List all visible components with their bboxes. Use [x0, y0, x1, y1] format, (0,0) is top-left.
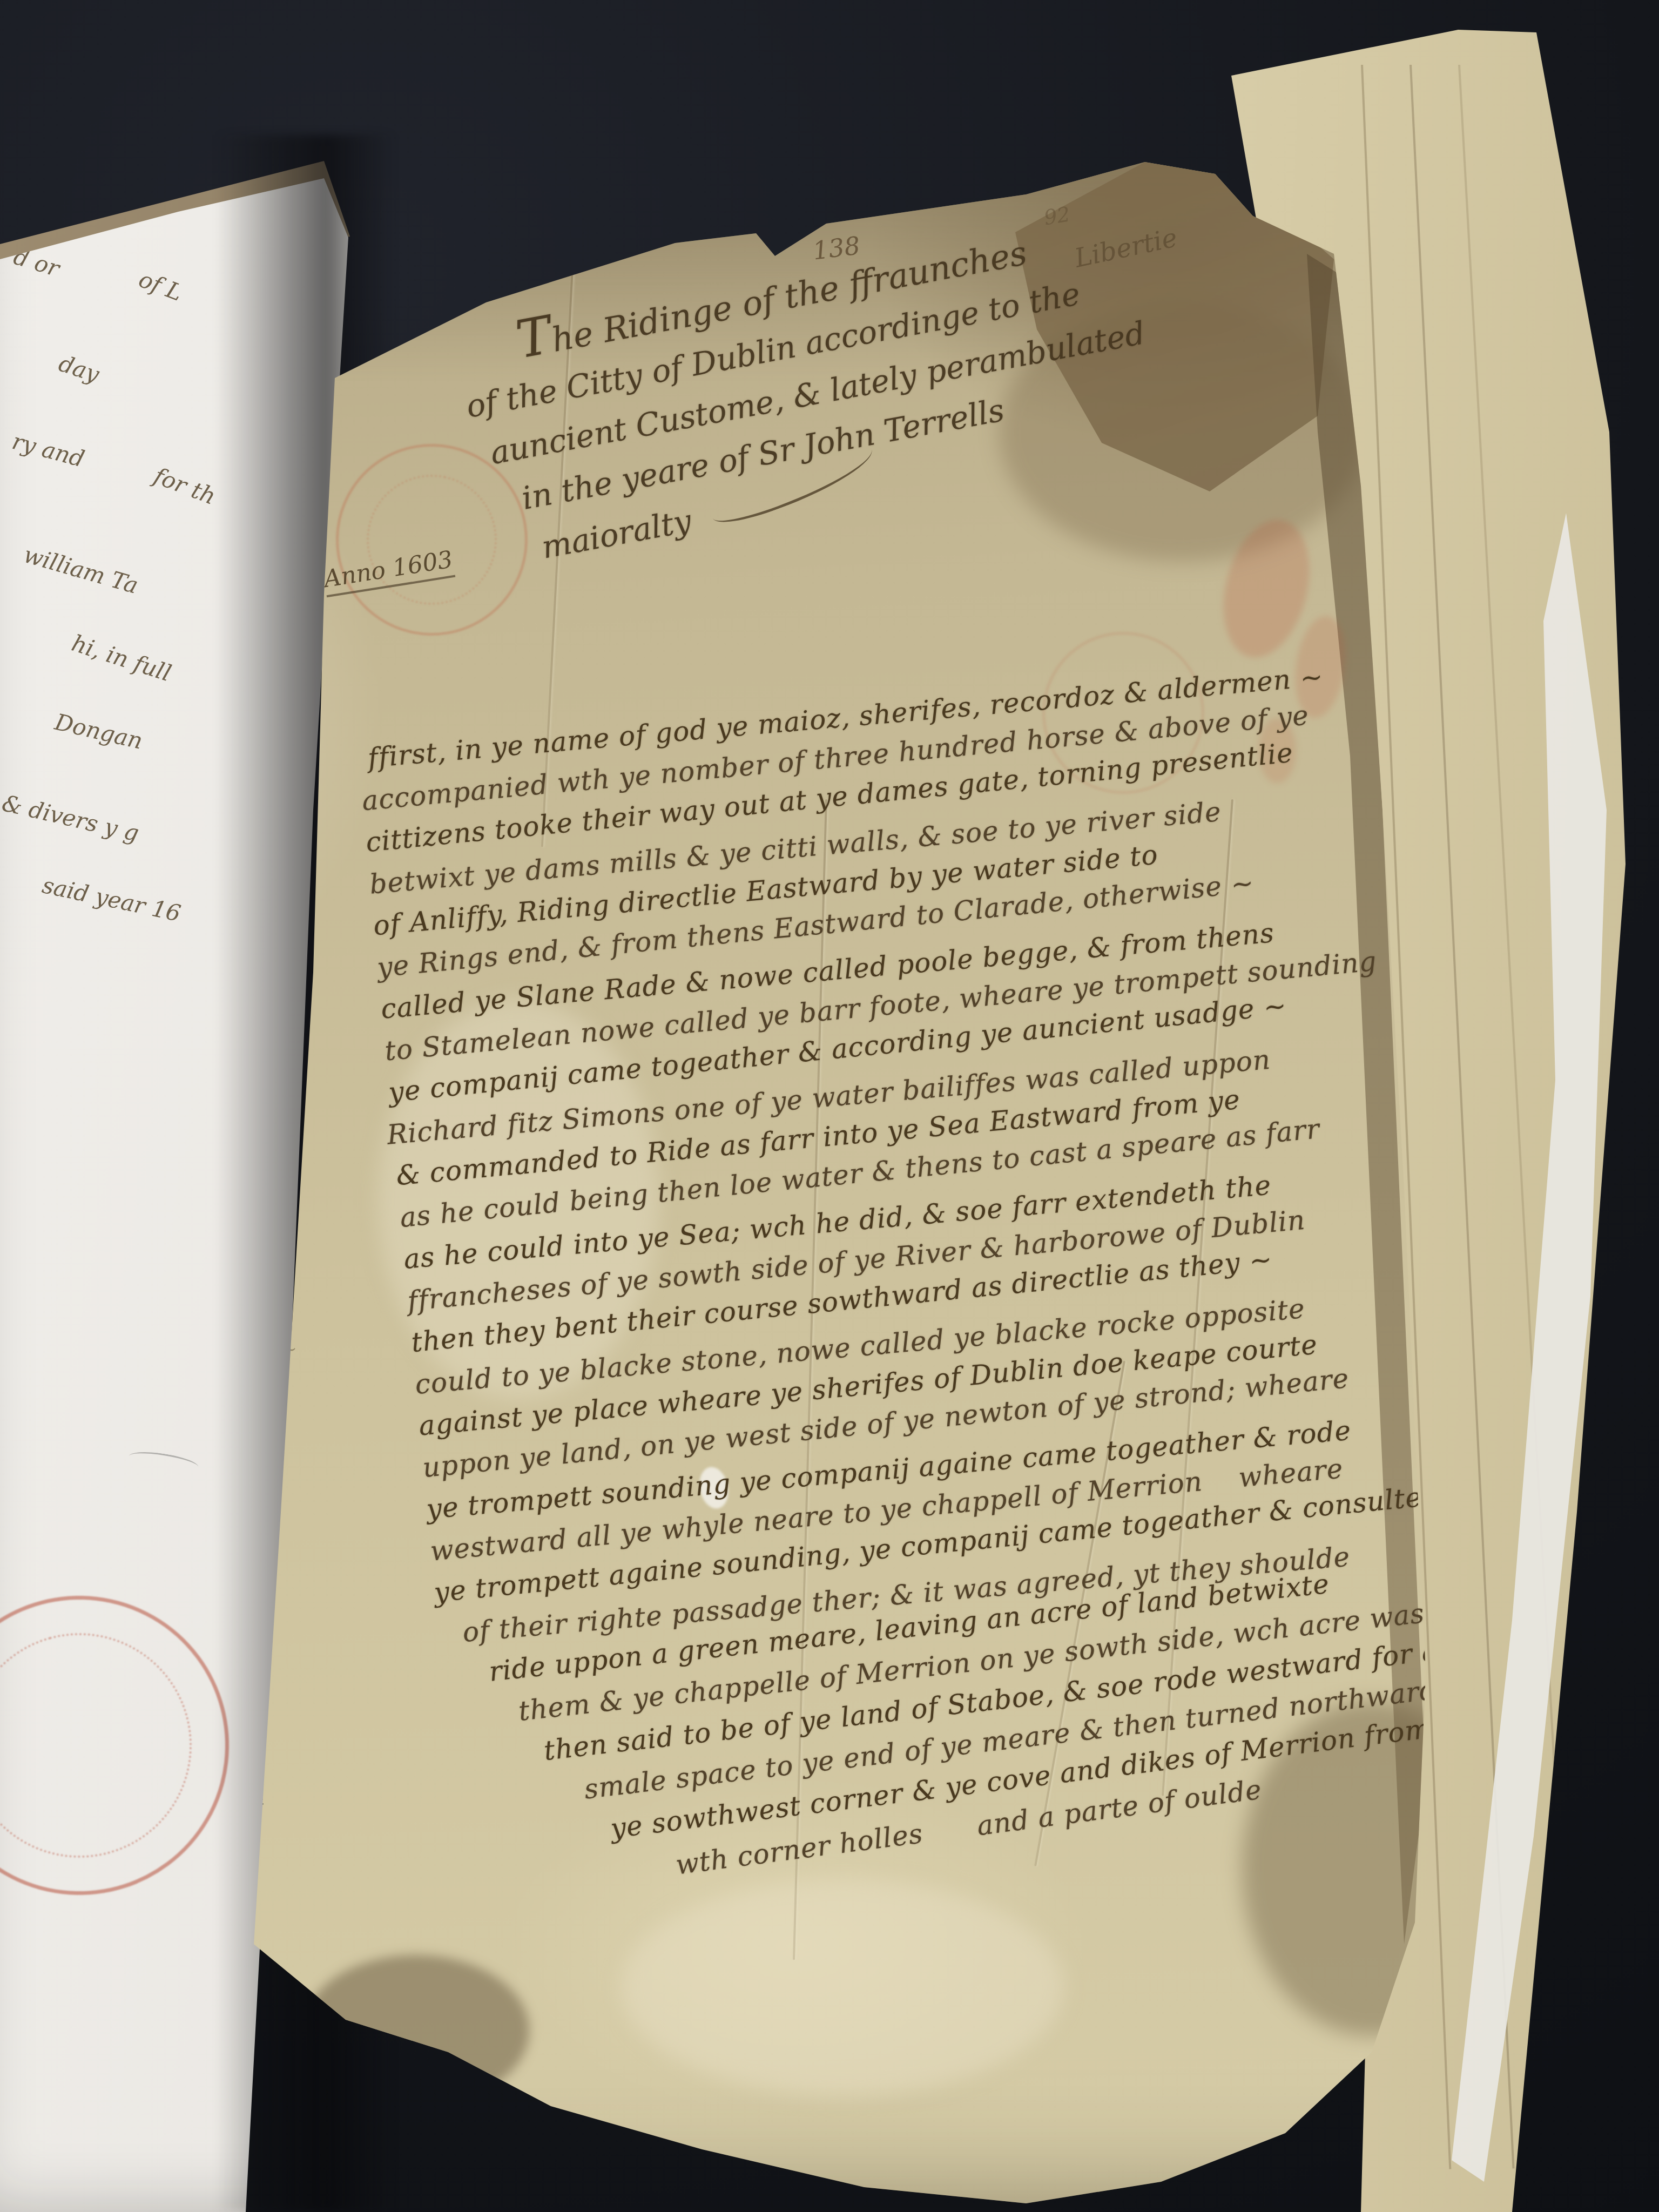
parchment-stain — [621, 1879, 1064, 2095]
manuscript-photo-scene: d orof Ldayry andfor thwilliam Tahi, in … — [0, 0, 1659, 2212]
left-page-text-fragment: of L — [135, 266, 186, 306]
left-page-text-fragment: said year 16 — [40, 872, 183, 927]
red-library-stamp-inner-ring — [0, 1608, 217, 1883]
left-page-text-fragment: hi, in full — [69, 630, 174, 686]
pencil-mark — [128, 1448, 200, 1475]
left-page-text-fragment: day — [56, 350, 103, 388]
left-page-text-fragment: & divers y g — [0, 790, 141, 847]
manuscript-body-text: ffirst, in ye name of god ye maioz, sher… — [356, 643, 1517, 1906]
red-library-stamp-inner-ring — [355, 463, 509, 617]
left-page-text-fragment: ry and — [9, 428, 87, 473]
left-page-text-fragment: Dongan — [52, 709, 145, 754]
left-page-text-fragment: for th — [150, 462, 219, 510]
left-page-text-fragment: william Ta — [21, 541, 141, 599]
